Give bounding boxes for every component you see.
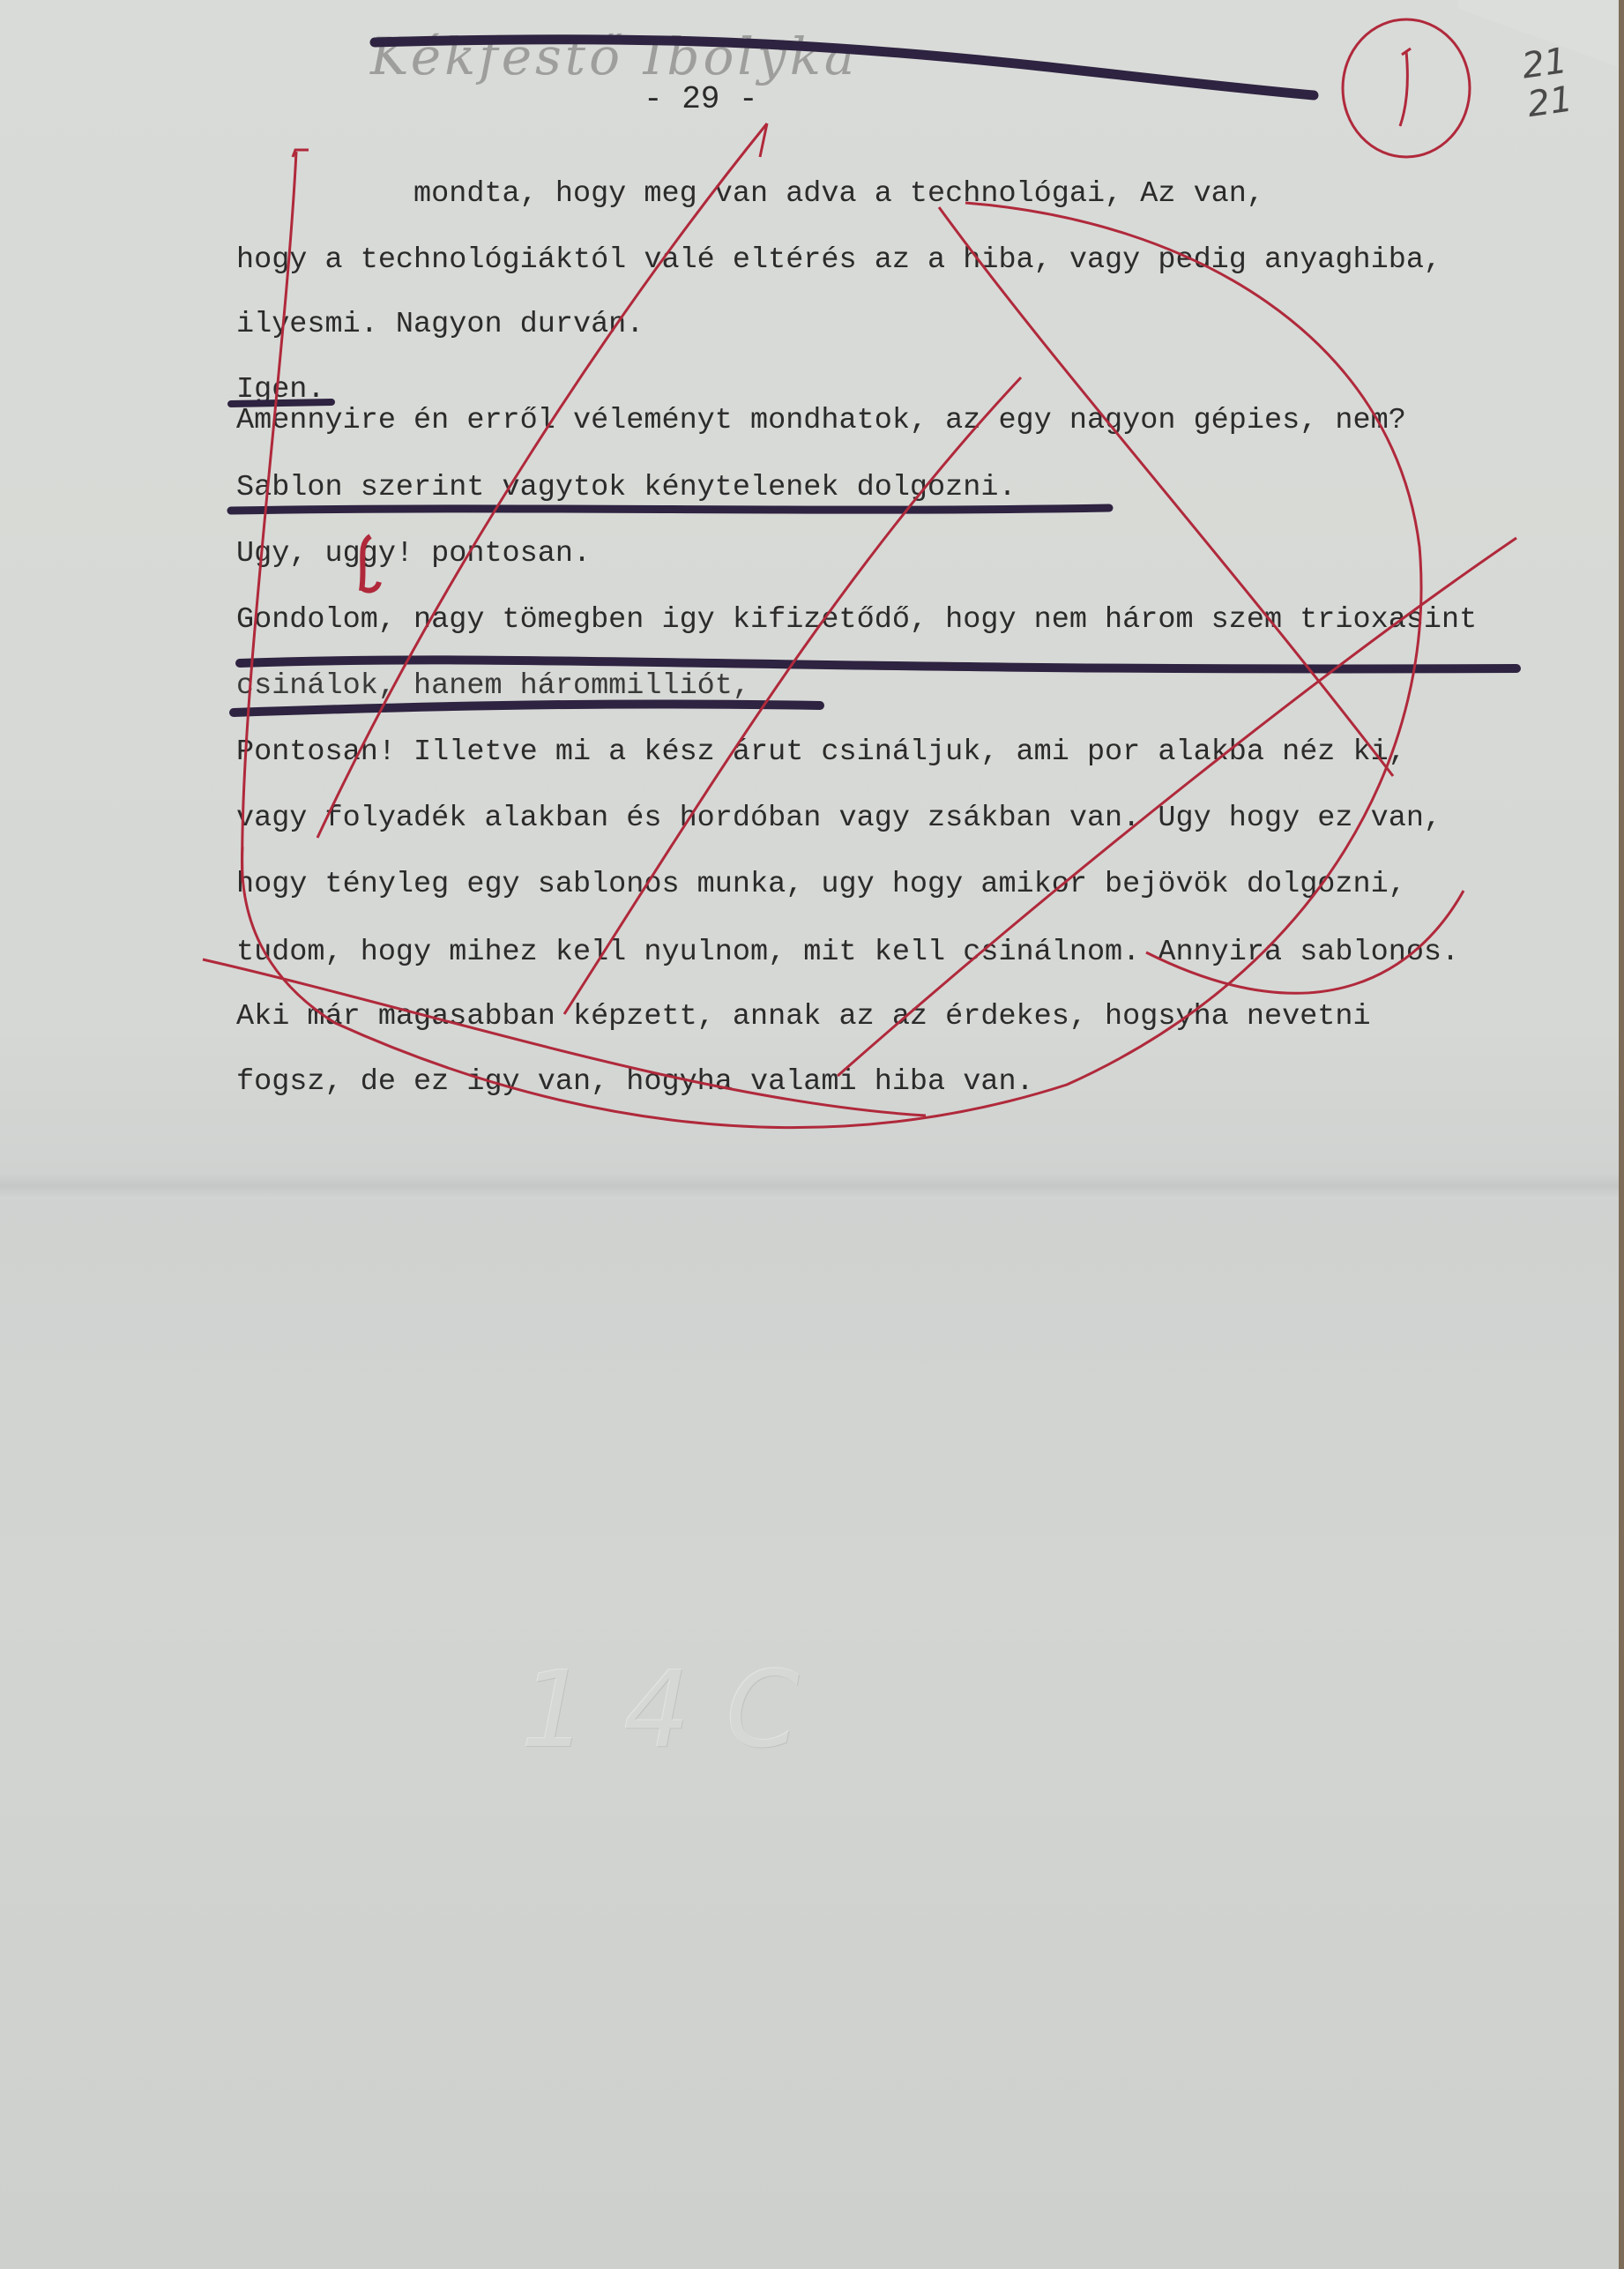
typed-line: Pontosan! Illetve mi a kész árut csinálj… xyxy=(236,735,1406,770)
typed-line: vagy folyadék alakban és hordóban vagy z… xyxy=(236,801,1441,836)
typed-line: Aki már magasabban képzett, annak az az … xyxy=(236,999,1371,1034)
typed-line: mondta, hogy meg van adva a technológai,… xyxy=(236,176,1264,212)
page-number: - 29 - xyxy=(644,81,758,117)
background-edge xyxy=(1619,0,1624,2269)
typed-line: Igen. xyxy=(236,372,325,407)
typed-line: ilyesmi. Nagyon durván. xyxy=(236,307,644,342)
typed-line: Gondolom, nagy tömegben igy kifizetődő, … xyxy=(236,602,1477,638)
embossed-mark: 14C xyxy=(520,1649,834,1772)
typed-line: csinálok, hanem hárommilliót, xyxy=(236,668,750,704)
typewritten-page: Kékfestő Ibolyka - 29 - 21 21 mondta, ho… xyxy=(0,0,1620,2269)
typed-line: hogy a technológiáktól valé eltérés az a… xyxy=(236,243,1441,278)
typed-line: hogy tényleg egy sablonos munka, ugy hog… xyxy=(236,867,1406,902)
typed-line: tudom, hogy mihez kell nyulnom, mit kell… xyxy=(236,935,1459,970)
typed-line: Sablon szerint vagytok kénytelenek dolgo… xyxy=(236,470,1017,505)
typed-line: Ugy, uggy! pontosan. xyxy=(236,536,591,571)
typed-line: fogsz, de ez igy van, hogyha valami hiba… xyxy=(236,1064,1034,1100)
paper-fold xyxy=(0,1173,1620,1199)
typed-line: Amennyire én erről véleményt mondhatok, … xyxy=(236,403,1406,438)
pencil-title-struck: Kékfestő Ibolyka xyxy=(370,26,858,86)
corner-pencil-note: 21 21 xyxy=(1498,38,1596,127)
